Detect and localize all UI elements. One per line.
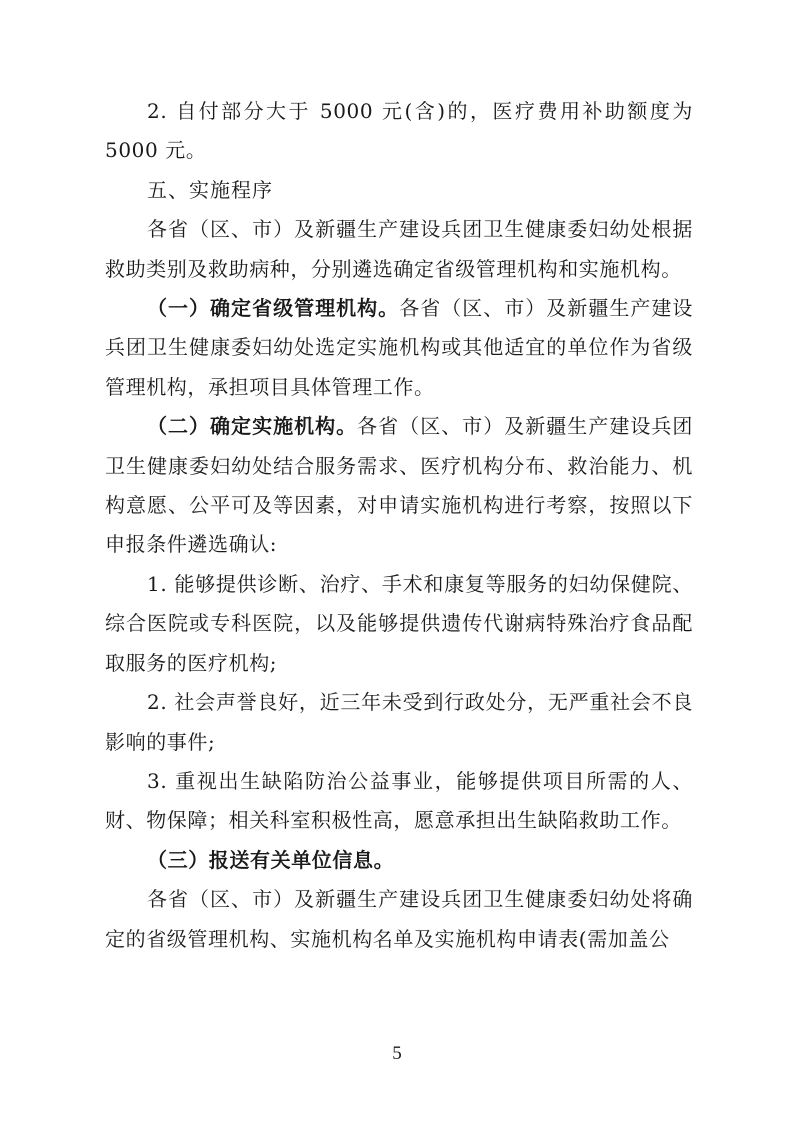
subsection-title: （二）确定实施机构。 [147, 414, 357, 438]
paragraph-item-3-commitment: 3. 重视出生缺陷防治公益事业，能够提供项目所需的人、财、物保障；相关科室积极性… [105, 762, 693, 841]
paragraph-item-2-subsidy: 2. 自付部分大于 5000 元(含)的，医疗费用补助额度为 5000 元。 [105, 92, 693, 171]
subsection-title: （三）报送有关单位信息。 [147, 848, 394, 872]
page-number: 5 [0, 1043, 794, 1065]
subsection-provincial-management: （一）确定省级管理机构。各省（区、市）及新疆生产建设兵团卫生健康委妇幼处选定实施… [105, 289, 693, 407]
document-page: 2. 自付部分大于 5000 元(含)的，医疗费用补助额度为 5000 元。 五… [105, 92, 693, 959]
paragraph-item-1-services: 1. 能够提供诊断、治疗、手术和康复等服务的妇幼保健院、综合医院或专科医院，以及… [105, 565, 693, 683]
subsection-report-info: （三）报送有关单位信息。 [105, 841, 693, 880]
section-heading-implementation: 五、实施程序 [105, 171, 693, 210]
subsection-title: （一）确定省级管理机构。 [147, 296, 399, 320]
paragraph-body-submission: 各省（区、市）及新疆生产建设兵团卫生健康委妇幼处将确定的省级管理机构、实施机构名… [105, 880, 693, 959]
subsection-implementing-institutions: （二）确定实施机构。各省（区、市）及新疆生产建设兵团卫生健康委妇幼处结合服务需求… [105, 407, 693, 565]
paragraph-body-selection: 各省（区、市）及新疆生产建设兵团卫生健康委妇幼处根据救助类别及救助病种，分别遴选… [105, 210, 693, 289]
paragraph-item-2-reputation: 2. 社会声誉良好，近三年未受到行政处分，无严重社会不良影响的事件; [105, 683, 693, 762]
